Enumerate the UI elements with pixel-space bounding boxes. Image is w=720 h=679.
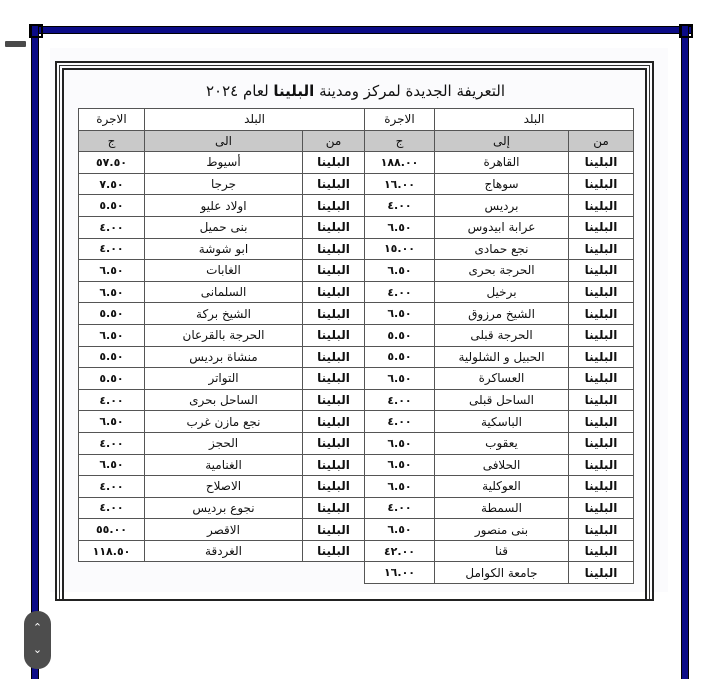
cell-from: البلينا bbox=[569, 540, 634, 562]
cell-from: البلينا bbox=[303, 497, 365, 519]
cell-fare: ٦.٥٠ bbox=[365, 260, 435, 282]
cell-fare: ٥.٥٠ bbox=[79, 368, 145, 390]
cell-to: الشيخ مرزوق bbox=[435, 303, 569, 325]
cell-to: سوهاج bbox=[435, 173, 569, 195]
cell-from: البلينا bbox=[569, 432, 634, 454]
table-row: البليناقنا٤٢.٠٠ bbox=[365, 540, 634, 562]
cell-from: البلينا bbox=[569, 411, 634, 433]
table-row: البليناالسلمانى٦.٥٠ bbox=[79, 281, 365, 303]
cell-fare: ٤.٠٠ bbox=[79, 476, 145, 498]
cell-to: الغردقة bbox=[145, 540, 303, 562]
cell-to: الحرجة بحرى bbox=[435, 260, 569, 282]
cell-fare: ٦.٥٠ bbox=[79, 281, 145, 303]
cell-to: العوكلية bbox=[435, 476, 569, 498]
cell-fare: ٦.٥٠ bbox=[365, 476, 435, 498]
cell-fare: ٥٧.٥٠ bbox=[79, 152, 145, 174]
table-row: البليناالباسكية٤.٠٠ bbox=[365, 411, 634, 433]
cell-to: برديس bbox=[435, 195, 569, 217]
table-row: البليناالغابات٦.٥٠ bbox=[79, 260, 365, 282]
cell-from: البلينا bbox=[303, 324, 365, 346]
cell-to: جامعة الكوامل bbox=[435, 562, 569, 584]
table-row: البلينانجوع برديس٤.٠٠ bbox=[79, 497, 365, 519]
cell-to: السمطة bbox=[435, 497, 569, 519]
cell-fare: ٤.٠٠ bbox=[365, 389, 435, 411]
chevron-down-icon[interactable]: ⌄ bbox=[24, 639, 51, 661]
cell-fare: ٦.٥٠ bbox=[79, 411, 145, 433]
cell-to: قنا bbox=[435, 540, 569, 562]
cell-from: البلينا bbox=[303, 346, 365, 368]
table-row: البليناالقاهرة١٨٨.٠٠ bbox=[365, 152, 634, 174]
cell-from: البلينا bbox=[569, 562, 634, 584]
table-row: البلينامنشاة برديس٥.٥٠ bbox=[79, 346, 365, 368]
cell-from: البلينا bbox=[569, 303, 634, 325]
cell-from: البلينا bbox=[303, 260, 365, 282]
cell-to: الحبيل و الشلولية bbox=[435, 346, 569, 368]
cell-from: البلينا bbox=[303, 519, 365, 541]
cell-to: الحجز bbox=[145, 432, 303, 454]
cell-to: الغنامية bbox=[145, 454, 303, 476]
cell-fare: ١١٨.٥٠ bbox=[79, 540, 145, 562]
frame-border-top bbox=[31, 26, 691, 34]
cell-fare: ٤.٠٠ bbox=[79, 238, 145, 260]
header-town: البلد bbox=[145, 109, 365, 131]
cell-from: البلينا bbox=[569, 152, 634, 174]
cell-fare: ٤٢.٠٠ bbox=[365, 540, 435, 562]
cell-fare: ٦.٥٠ bbox=[365, 454, 435, 476]
cell-from: البلينا bbox=[569, 389, 634, 411]
cell-from: البلينا bbox=[303, 411, 365, 433]
fare-table-right: البلد الاجرة من إلى ج البليناالقاهرة١٨٨.… bbox=[364, 108, 634, 584]
table-row: البليناالغردقة١١٨.٥٠ bbox=[79, 540, 365, 562]
cell-to: الشيخ بركة bbox=[145, 303, 303, 325]
cell-from: البلينا bbox=[569, 519, 634, 541]
cell-to: أسيوط bbox=[145, 152, 303, 174]
table-row: البلينابرديس٤.٠٠ bbox=[365, 195, 634, 217]
table-row: البليناجرجا٧.٥٠ bbox=[79, 173, 365, 195]
cell-from: البلينا bbox=[569, 454, 634, 476]
table-row: البليناالغنامية٦.٥٠ bbox=[79, 454, 365, 476]
cell-fare: ١٦.٠٠ bbox=[365, 562, 435, 584]
title-text: التعريفة الجديدة لمركز ومدينة bbox=[319, 82, 505, 100]
cell-from: البلينا bbox=[303, 454, 365, 476]
table-row: البليناالحرجة بحرى٦.٥٠ bbox=[365, 260, 634, 282]
subheader-currency: ج bbox=[365, 130, 435, 152]
table-row: البليناالحرجة قبلى٥.٥٠ bbox=[365, 324, 634, 346]
cell-to: الغابات bbox=[145, 260, 303, 282]
cell-from: البلينا bbox=[569, 238, 634, 260]
cell-fare: ٤.٠٠ bbox=[79, 216, 145, 238]
cell-from: البلينا bbox=[569, 497, 634, 519]
fare-table-left: البلد الاجرة من الى ج البليناأسيوط٥٧.٥٠ا… bbox=[78, 108, 365, 562]
cell-from: البلينا bbox=[569, 173, 634, 195]
table-row: البلينانجع حمادى١٥.٠٠ bbox=[365, 238, 634, 260]
cell-to: الساحل قبلى bbox=[435, 389, 569, 411]
table-row: البليناالعساكرة٦.٥٠ bbox=[365, 368, 634, 390]
header-fare: الاجرة bbox=[79, 109, 145, 131]
subheader-to: إلى bbox=[435, 130, 569, 152]
cell-to: العساكرة bbox=[435, 368, 569, 390]
table-row: البلينايعقوب٦.٥٠ bbox=[365, 432, 634, 454]
table-row: البليناالاصلاح٤.٠٠ bbox=[79, 476, 365, 498]
cell-fare: ١٦.٠٠ bbox=[365, 173, 435, 195]
cell-from: البلينا bbox=[303, 216, 365, 238]
page-scroll-control: ⌃ ⌄ bbox=[24, 611, 51, 669]
cell-from: البلينا bbox=[569, 281, 634, 303]
cell-to: الساحل بحرى bbox=[145, 389, 303, 411]
subheader-to: الى bbox=[145, 130, 303, 152]
cell-fare: ٥.٥٠ bbox=[365, 324, 435, 346]
title-city: البلينا bbox=[273, 82, 314, 100]
table-row: البلينانجع مازن غرب٦.٥٠ bbox=[79, 411, 365, 433]
cell-fare: ٥.٥٠ bbox=[365, 346, 435, 368]
cell-to: منشاة برديس bbox=[145, 346, 303, 368]
cell-from: البلينا bbox=[303, 152, 365, 174]
table-row: البليناالاقصر٥٥.٠٠ bbox=[79, 519, 365, 541]
cell-fare: ٥٥.٠٠ bbox=[79, 519, 145, 541]
cell-fare: ٦.٥٠ bbox=[79, 260, 145, 282]
cell-to: عرابة ابيدوس bbox=[435, 216, 569, 238]
table-row: البليناأسيوط٥٧.٥٠ bbox=[79, 152, 365, 174]
cell-fare: ٤.٠٠ bbox=[79, 432, 145, 454]
panel-handle bbox=[5, 41, 26, 47]
table-row: البلينابنى حميل٤.٠٠ bbox=[79, 216, 365, 238]
cell-to: الباسكية bbox=[435, 411, 569, 433]
cell-to: جرجا bbox=[145, 173, 303, 195]
cell-fare: ٦.٥٠ bbox=[365, 368, 435, 390]
cell-from: البلينا bbox=[569, 260, 634, 282]
cell-from: البلينا bbox=[569, 324, 634, 346]
table-row: البليناابو شوشة٤.٠٠ bbox=[79, 238, 365, 260]
cell-fare: ٦.٥٠ bbox=[365, 216, 435, 238]
frame-corner-ornament bbox=[679, 24, 693, 38]
chevron-up-icon[interactable]: ⌃ bbox=[24, 617, 51, 639]
cell-fare: ٤.٠٠ bbox=[365, 497, 435, 519]
header-fare: الاجرة bbox=[365, 109, 435, 131]
cell-to: يعقوب bbox=[435, 432, 569, 454]
subheader-currency: ج bbox=[79, 130, 145, 152]
cell-fare: ٧.٥٠ bbox=[79, 173, 145, 195]
cell-to: نجع حمادى bbox=[435, 238, 569, 260]
cell-fare: ٥.٥٠ bbox=[79, 303, 145, 325]
cell-fare: ٤.٠٠ bbox=[79, 497, 145, 519]
table-row: البليناالشيخ مرزوق٦.٥٠ bbox=[365, 303, 634, 325]
table-row: البليناالحلافى٦.٥٠ bbox=[365, 454, 634, 476]
cell-from: البلينا bbox=[569, 346, 634, 368]
table-row: البلينااولاد عليو٥.٥٠ bbox=[79, 195, 365, 217]
table-row: البليناالحرجة بالقرعان٦.٥٠ bbox=[79, 324, 365, 346]
cell-from: البلينا bbox=[303, 195, 365, 217]
cell-from: البلينا bbox=[303, 303, 365, 325]
table-row: البليناالتواتر٥.٥٠ bbox=[79, 368, 365, 390]
cell-to: الحرجة بالقرعان bbox=[145, 324, 303, 346]
cell-from: البلينا bbox=[303, 368, 365, 390]
table-row: البليناالحبيل و الشلولية٥.٥٠ bbox=[365, 346, 634, 368]
cell-fare: ٤.٠٠ bbox=[365, 281, 435, 303]
table-row: البليناالساحل قبلى٤.٠٠ bbox=[365, 389, 634, 411]
cell-from: البلينا bbox=[303, 281, 365, 303]
table-row: البليناالسمطة٤.٠٠ bbox=[365, 497, 634, 519]
title-year: لعام ٢٠٢٤ bbox=[206, 82, 269, 100]
cell-fare: ٤.٠٠ bbox=[365, 195, 435, 217]
cell-from: البلينا bbox=[303, 432, 365, 454]
cell-fare: ٥.٥٠ bbox=[79, 346, 145, 368]
cell-to: نجوع برديس bbox=[145, 497, 303, 519]
cell-to: برخيل bbox=[435, 281, 569, 303]
cell-from: البلينا bbox=[569, 195, 634, 217]
frame-border-right bbox=[681, 26, 689, 679]
table-row: البليناسوهاج١٦.٠٠ bbox=[365, 173, 634, 195]
cell-to: السلمانى bbox=[145, 281, 303, 303]
cell-fare: ٦.٥٠ bbox=[79, 324, 145, 346]
cell-from: البلينا bbox=[569, 368, 634, 390]
document-title: التعريفة الجديدة لمركز ومدينة البلينا لع… bbox=[78, 82, 633, 100]
cell-to: بنى حميل bbox=[145, 216, 303, 238]
cell-to: نجع مازن غرب bbox=[145, 411, 303, 433]
cell-from: البلينا bbox=[569, 216, 634, 238]
cell-to: الاصلاح bbox=[145, 476, 303, 498]
table-row: البلينابرخيل٤.٠٠ bbox=[365, 281, 634, 303]
header-town: البلد bbox=[435, 109, 634, 131]
cell-fare: ٤.٠٠ bbox=[365, 411, 435, 433]
cell-from: البلينا bbox=[303, 173, 365, 195]
cell-fare: ٤.٠٠ bbox=[79, 389, 145, 411]
cell-to: التواتر bbox=[145, 368, 303, 390]
cell-fare: ٦.٥٠ bbox=[365, 519, 435, 541]
table-row: البليناالساحل بحرى٤.٠٠ bbox=[79, 389, 365, 411]
cell-fare: ٦.٥٠ bbox=[79, 454, 145, 476]
cell-from: البلينا bbox=[303, 238, 365, 260]
table-row: البليناالعوكلية٦.٥٠ bbox=[365, 476, 634, 498]
cell-to: الاقصر bbox=[145, 519, 303, 541]
cell-fare: ١٨٨.٠٠ bbox=[365, 152, 435, 174]
cell-from: البلينا bbox=[303, 540, 365, 562]
cell-fare: ٦.٥٠ bbox=[365, 432, 435, 454]
cell-from: البلينا bbox=[303, 389, 365, 411]
cell-fare: ٥.٥٠ bbox=[79, 195, 145, 217]
cell-to: بنى منصور bbox=[435, 519, 569, 541]
table-row: البلينابنى منصور٦.٥٠ bbox=[365, 519, 634, 541]
cell-to: القاهرة bbox=[435, 152, 569, 174]
cell-fare: ٦.٥٠ bbox=[365, 303, 435, 325]
cell-to: الحرجة قبلى bbox=[435, 324, 569, 346]
table-row: البليناالحجز٤.٠٠ bbox=[79, 432, 365, 454]
cell-from: البلينا bbox=[303, 476, 365, 498]
frame-border-left bbox=[31, 26, 39, 679]
frame-corner-ornament bbox=[29, 24, 43, 38]
cell-from: البلينا bbox=[569, 476, 634, 498]
cell-to: الحلافى bbox=[435, 454, 569, 476]
subheader-from: من bbox=[303, 130, 365, 152]
cell-to: اولاد عليو bbox=[145, 195, 303, 217]
table-row: البليناالشيخ بركة٥.٥٠ bbox=[79, 303, 365, 325]
cell-fare: ١٥.٠٠ bbox=[365, 238, 435, 260]
cell-to: ابو شوشة bbox=[145, 238, 303, 260]
subheader-from: من bbox=[569, 130, 634, 152]
table-row: البليناعرابة ابيدوس٦.٥٠ bbox=[365, 216, 634, 238]
table-row: البليناجامعة الكوامل١٦.٠٠ bbox=[365, 562, 634, 584]
